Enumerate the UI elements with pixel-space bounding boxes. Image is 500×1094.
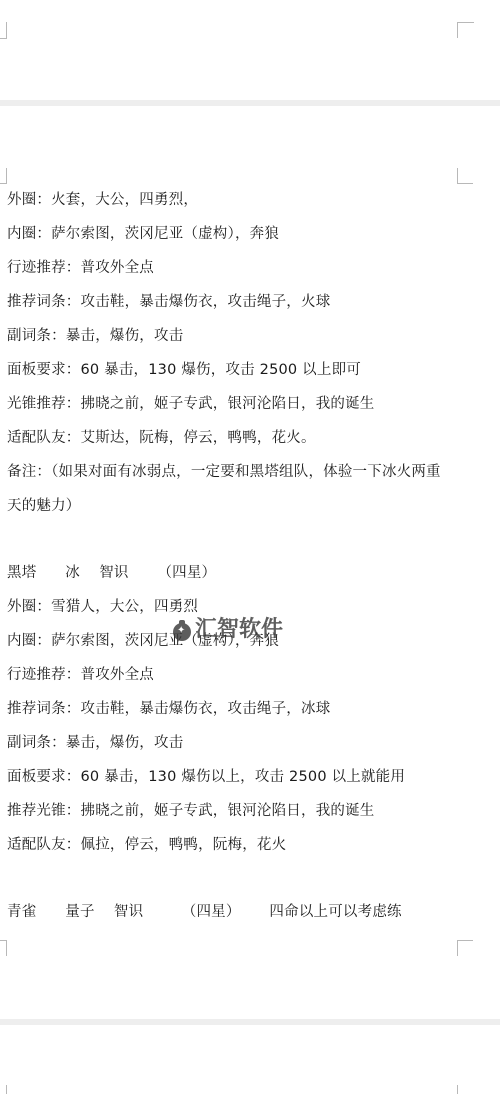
corner-mark-icon [6,168,7,184]
blank-line [7,868,477,901]
sub-stats-line: 副词条：暴击，爆伤，攻击 [7,325,477,359]
corner-mark-icon [457,168,458,184]
panel-requirement-line: 面板要求：60 暴击，130 爆伤以上，攻击 2500 以上就能用 [7,766,477,800]
corner-mark-icon [457,22,474,23]
corner-mark-icon [457,22,458,38]
section-heading: 黑塔 冰 智识 （四星） [7,562,477,596]
section-heading: 青雀 量子 智识 （四星） 四命以上可以考虑练 [7,901,477,935]
inner-relic-line: 内圈：萨尔索图，茨冈尼亚（虚构），奔狼 [7,223,477,257]
sub-stats-line: 副词条：暴击，爆伤，攻击 [7,732,477,766]
corner-mark-icon [0,940,6,941]
corner-mark-icon [6,1085,7,1094]
corner-mark-icon [0,22,7,39]
note-line: 备注：（如果对面有冰弱点，一定要和黑塔组队，体验一下冰火两重 [7,461,477,495]
light-cone-line: 光锥推荐：拂晓之前，姬子专武，银河沦陷日，我的诞生 [7,393,477,427]
outer-relic-line: 外圈：雪猎人，大公，四勇烈 [7,596,477,630]
panel-requirement-line: 面板要求：60 暴击，130 爆伤，攻击 2500 以上即可 [7,359,477,393]
corner-mark-icon [0,183,6,184]
main-stats-line: 推荐词条：攻击鞋，暴击爆伤衣，攻击绳子，火球 [7,291,477,325]
corner-mark-icon [457,940,458,956]
corner-mark-icon [6,940,7,956]
page-separator-bottom [0,1019,500,1025]
section-herta: 黑塔 冰 智识 （四星） 外圈：雪猎人，大公，四勇烈 内圈：萨尔索图，茨冈尼亚（… [7,562,477,868]
corner-mark-icon [457,183,473,184]
teammates-line: 适配队友：佩拉，停云，鸭鸭，阮梅，花火 [7,834,477,868]
note-line-continued: 天的魅力） [7,495,477,529]
blank-line [7,529,477,562]
page-separator-top [0,100,500,106]
corner-mark-icon [457,1085,458,1094]
document-body: 外圈：火套，大公，四勇烈， 内圈：萨尔索图，茨冈尼亚（虚构），奔狼 行迹推荐：普… [7,189,477,935]
light-cone-line: 推荐光锥：拂晓之前，姬子专武，银河沦陷日，我的诞生 [7,800,477,834]
trace-recommendation-line: 行迹推荐：普攻外全点 [7,257,477,291]
inner-relic-line: 内圈：萨尔索图，茨冈尼亚（虚构），奔狼 [7,630,477,664]
trace-recommendation-line: 行迹推荐：普攻外全点 [7,664,477,698]
teammates-line: 适配队友：艾斯达，阮梅，停云，鸭鸭，花火。 [7,427,477,461]
section-character-1: 外圈：火套，大公，四勇烈， 内圈：萨尔索图，茨冈尼亚（虚构），奔狼 行迹推荐：普… [7,189,477,529]
main-stats-line: 推荐词条：攻击鞋，暴击爆伤衣，攻击绳子，冰球 [7,698,477,732]
corner-mark-icon [457,940,473,941]
outer-relic-line: 外圈：火套，大公，四勇烈， [7,189,477,223]
section-qingque: 青雀 量子 智识 （四星） 四命以上可以考虑练 [7,901,477,935]
